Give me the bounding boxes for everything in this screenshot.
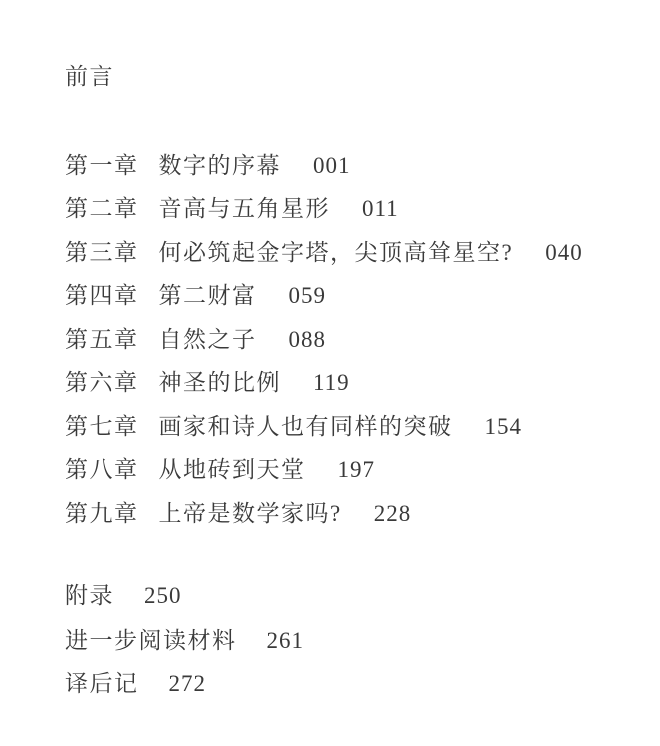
chapter-label: 第七章 [65,414,139,439]
preface-heading: 前言 [65,63,114,91]
chapter-title: 自然之子 [159,327,257,352]
chapter-title: 何必筑起金字塔，尖顶高耸星空? [159,240,514,265]
page-number: 272 [169,671,207,696]
toc-entry-chapter-6: 第六章神圣的比例119 [65,369,350,397]
page-number: 261 [267,628,305,653]
toc-entry-chapter-1: 第一章数字的序幕001 [65,152,351,180]
page-number: 001 [313,153,351,178]
chapter-title: 第二财富 [159,283,257,308]
chapter-title: 神圣的比例 [159,370,282,395]
chapter-label: 第九章 [65,501,139,526]
chapter-title: 数字的序幕 [159,153,282,178]
chapter-title: 从地砖到天堂 [159,457,306,482]
page-number: 040 [545,240,583,265]
page-number: 059 [289,283,327,308]
chapter-label: 第三章 [65,240,139,265]
chapter-label: 第一章 [65,153,139,178]
chapter-label: 第二章 [65,196,139,221]
toc-entry-chapter-4: 第四章第二财富059 [65,282,326,310]
chapter-label: 第六章 [65,370,139,395]
page-number: 119 [313,370,350,395]
toc-entry-appendix: 附录250 [65,582,182,610]
back-matter-title: 附录 [65,583,114,608]
back-matter-title: 进一步阅读材料 [65,628,237,653]
toc-entry-further-reading: 进一步阅读材料261 [65,627,304,655]
back-matter-title: 译后记 [65,671,139,696]
page-number: 088 [289,327,327,352]
toc-entry-chapter-3: 第三章何必筑起金字塔，尖顶高耸星空?040 [65,239,583,267]
toc-entry-chapter-2: 第二章音高与五角星形011 [65,195,399,223]
toc-entry-chapter-7: 第七章画家和诗人也有同样的突破154 [65,413,522,441]
page-number: 154 [485,414,523,439]
chapter-title: 画家和诗人也有同样的突破 [159,414,453,439]
book-toc-page: 前言 第一章数字的序幕001 第二章音高与五角星形011 第三章何必筑起金字塔，… [0,0,660,746]
page-number: 011 [362,196,399,221]
toc-entry-chapter-8: 第八章从地砖到天堂197 [65,456,375,484]
page-number: 250 [144,583,182,608]
toc-entry-chapter-5: 第五章自然之子088 [65,326,326,354]
chapter-label: 第四章 [65,283,139,308]
chapter-label: 第八章 [65,457,139,482]
chapter-label: 第五章 [65,327,139,352]
page-number: 197 [338,457,376,482]
chapter-title: 上帝是数学家吗? [159,501,342,526]
toc-entry-chapter-9: 第九章上帝是数学家吗?228 [65,500,411,528]
page-number: 228 [374,501,412,526]
toc-entry-translators-postscript: 译后记272 [65,670,206,698]
chapter-title: 音高与五角星形 [159,196,331,221]
preface-label: 前言 [65,64,114,89]
